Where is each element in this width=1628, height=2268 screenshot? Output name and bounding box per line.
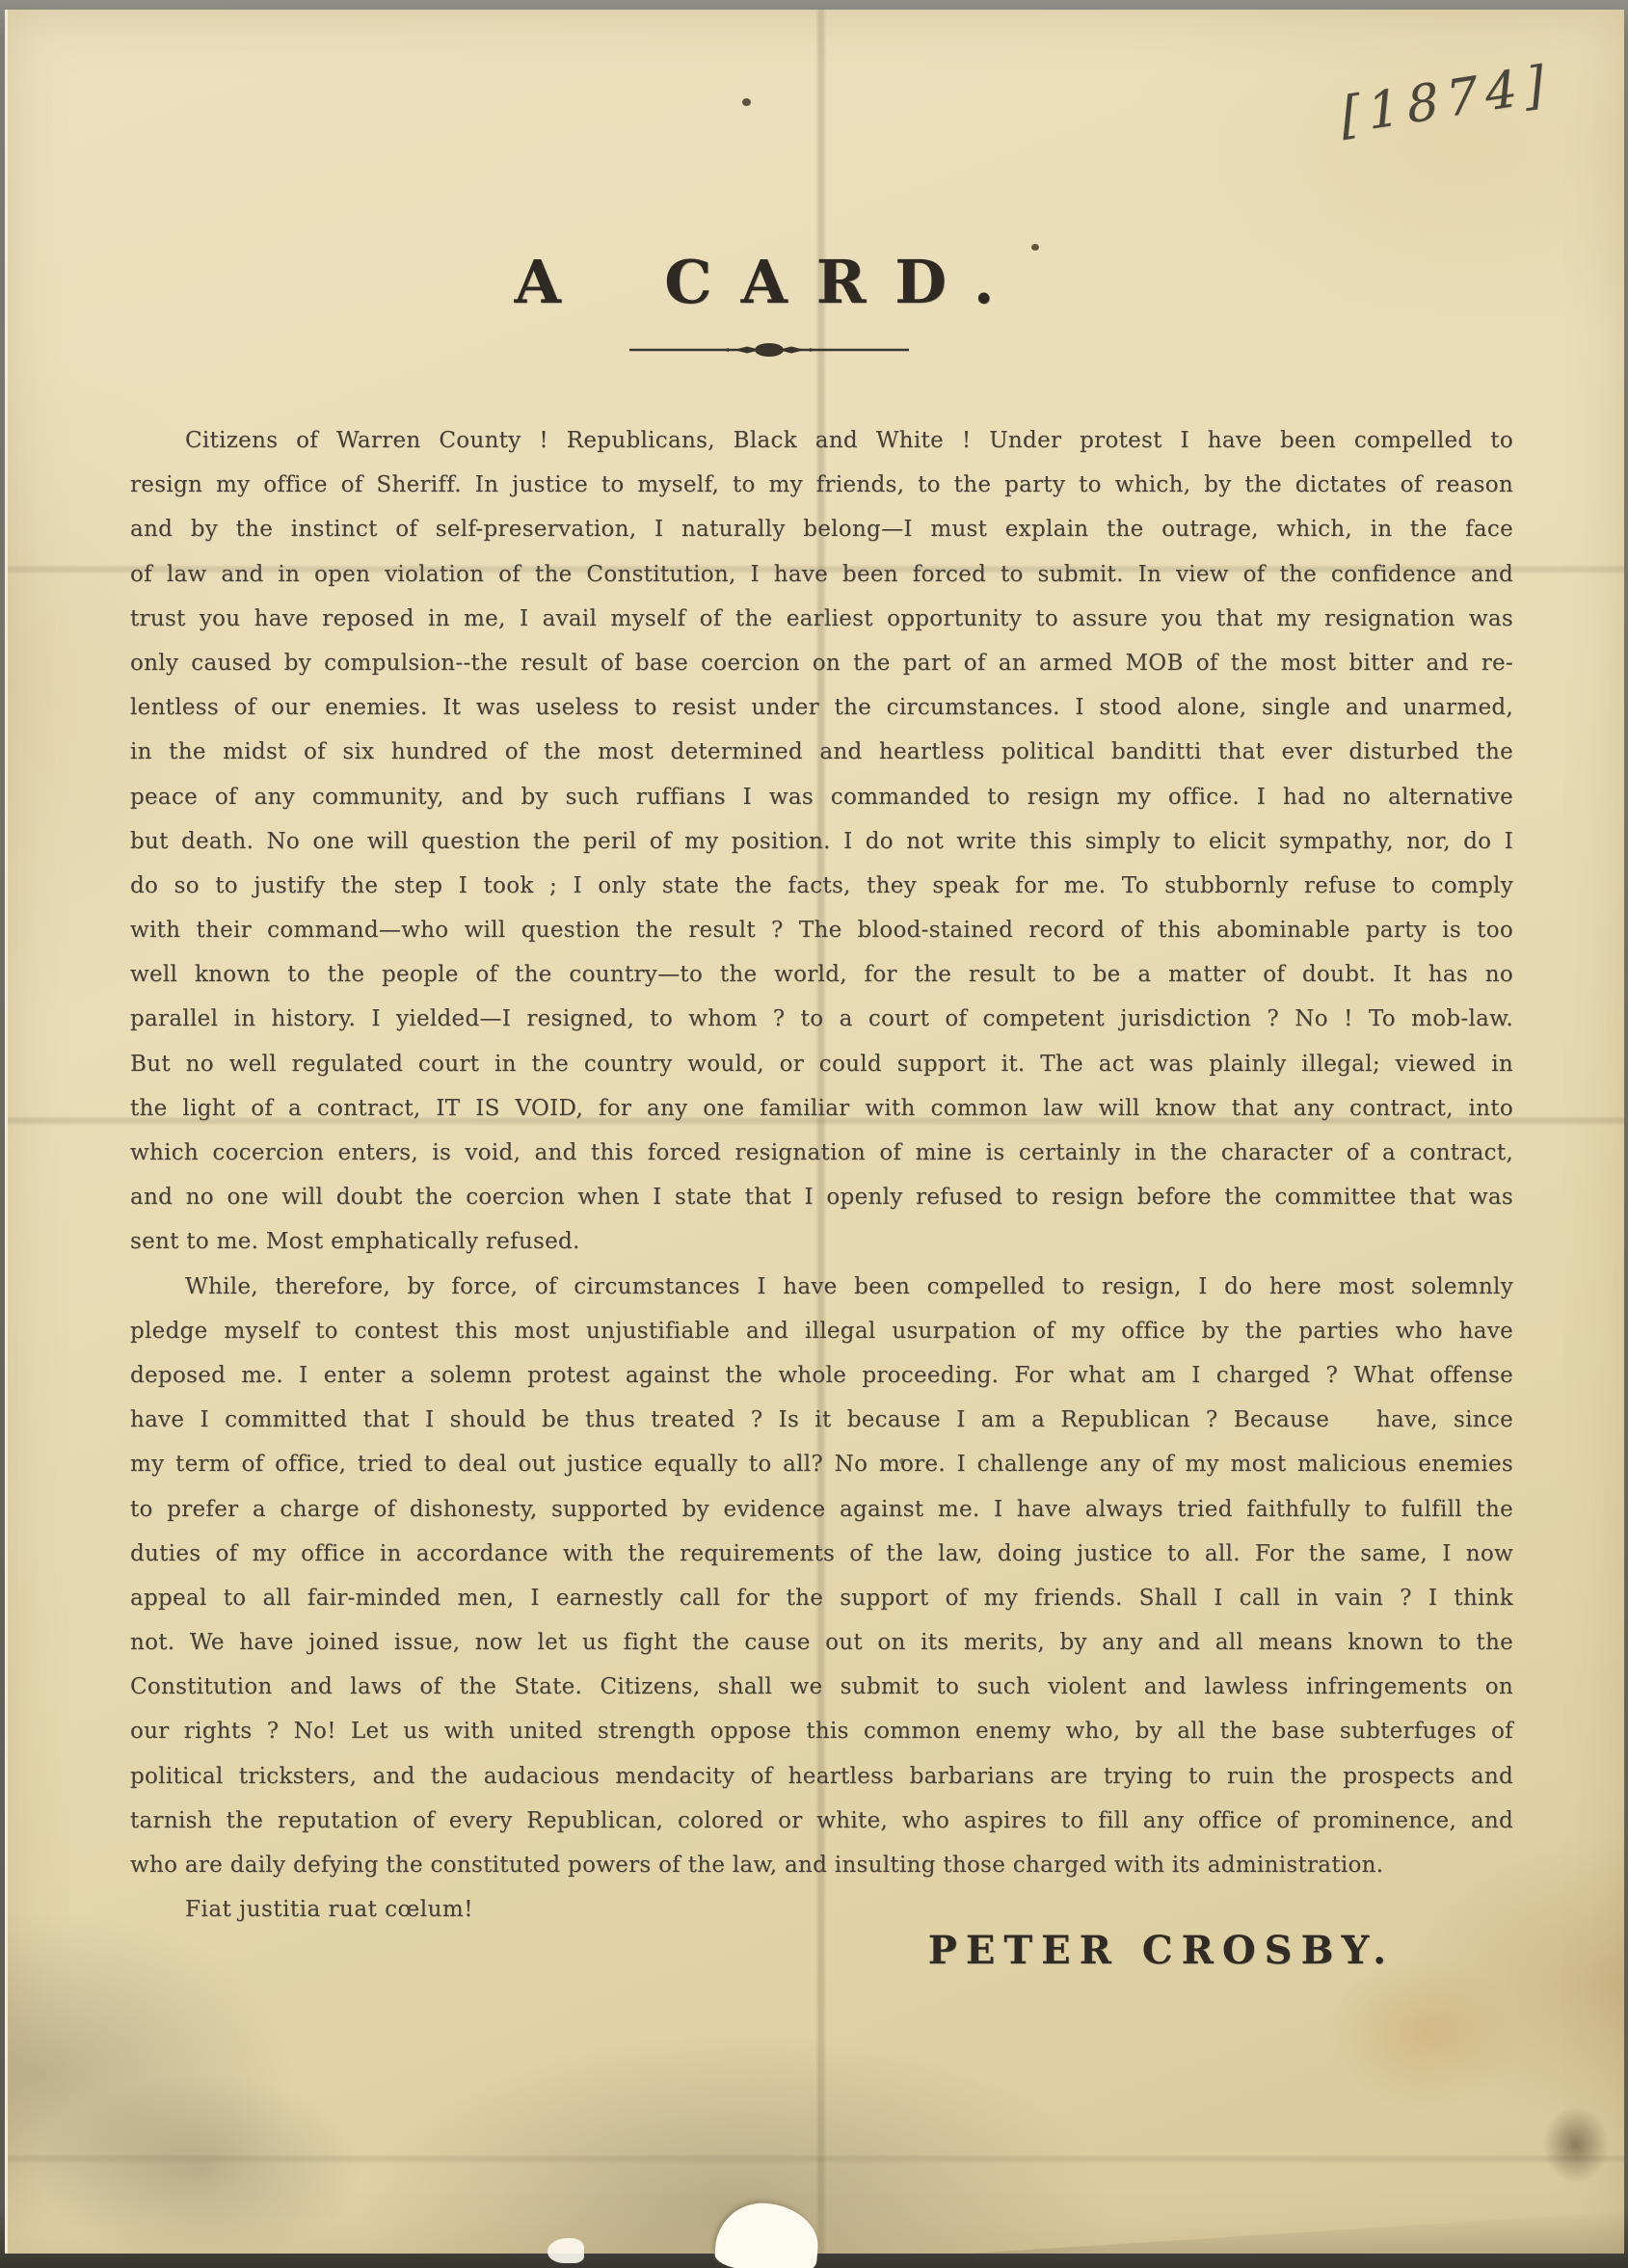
text-line: to prefer a charge of dishonesty, suppor…: [130, 1487, 1513, 1532]
signature: PETER CROSBY.: [928, 1928, 1395, 1973]
text-line: my term of office, tried to deal out jus…: [130, 1442, 1513, 1486]
text-line: appeal to all fair-minded men, I earnest…: [130, 1576, 1513, 1620]
ink-speck: [742, 98, 751, 106]
text-line: which cocercion enters, is void, and thi…: [130, 1131, 1513, 1175]
title-block: A CARD.: [77, 247, 1460, 358]
text-line: resign my office of Sheriff. In justice …: [130, 463, 1513, 507]
text-line: While, therefore, by force, of circumsta…: [130, 1265, 1513, 1309]
text-line: but death. No one will question the peri…: [130, 819, 1513, 864]
diamond-rule-divider-icon: [629, 342, 909, 358]
text-line: tarnish the reputation of every Republic…: [130, 1799, 1513, 1843]
handwritten-year: [1874]: [1339, 55, 1554, 146]
stain: [1328, 1957, 1521, 2111]
text-line: Constitution and laws of the State. Citi…: [130, 1665, 1513, 1709]
text-line: only caused by compulsion--the result of…: [130, 641, 1513, 685]
ink-speck: [899, 1458, 905, 1464]
text-line: Citizens of Warren County ! Republicans,…: [130, 418, 1513, 463]
ink-speck: [1031, 244, 1039, 251]
text-line: trust you have reposed in me, I avail my…: [130, 597, 1513, 641]
body-text: Citizens of Warren County ! Republicans,…: [130, 418, 1513, 1887]
text-line: duties of my office in accordance with t…: [130, 1532, 1513, 1576]
text-line: deposed me. I enter a solemn protest aga…: [130, 1353, 1513, 1398]
text-line: do so to justify the step I took ; I onl…: [130, 864, 1513, 908]
page-title: A CARD.: [77, 247, 1460, 317]
text-line: But no well regulated court in the count…: [130, 1042, 1513, 1086]
text-line: parallel in history. I yielded—I resigne…: [130, 997, 1513, 1041]
text-line: not. We have joined issue, now let us fi…: [130, 1620, 1513, 1665]
text-line: lentless of our enemies. It was useless …: [130, 685, 1513, 730]
text-line: in the midst of six hundred of the most …: [130, 730, 1513, 774]
text-line: have I committed that I should be thus t…: [130, 1398, 1513, 1442]
text-line: political tricksters, and the audacious …: [130, 1754, 1513, 1799]
text-line: the light of a contract, IT IS VOID, for…: [130, 1086, 1513, 1131]
text-line: pledge myself to contest this most unjus…: [130, 1309, 1513, 1353]
text-line: sent to me. Most emphatically refused.: [130, 1219, 1513, 1264]
text-line: peace of any community, and by such ruff…: [130, 775, 1513, 819]
text-line: and by the instinct of self-preservation…: [130, 507, 1513, 551]
scanned-broadside: { "document": { "annotation": "[1874]", …: [0, 0, 1628, 2268]
paper-sheet: [1874] A CARD. Citizens of Warren County…: [5, 10, 1624, 2254]
text-line: with their command—who will question the…: [130, 908, 1513, 952]
stain: [37, 2072, 364, 2265]
text-line: and no one will doubt the coercion when …: [130, 1175, 1513, 1219]
text-line: of law and in open violation of the Cons…: [130, 552, 1513, 597]
closing-line: Fiat justitia ruat cœlum!: [185, 1887, 473, 1932]
text-line: our rights ? No! Let us with united stre…: [130, 1709, 1513, 1753]
text-line: well known to the people of the country—…: [130, 952, 1513, 997]
edge-shadow: [969, 2207, 1624, 2254]
text-line: who are daily defying the constituted po…: [130, 1843, 1513, 1887]
stain: [1542, 2106, 1610, 2183]
